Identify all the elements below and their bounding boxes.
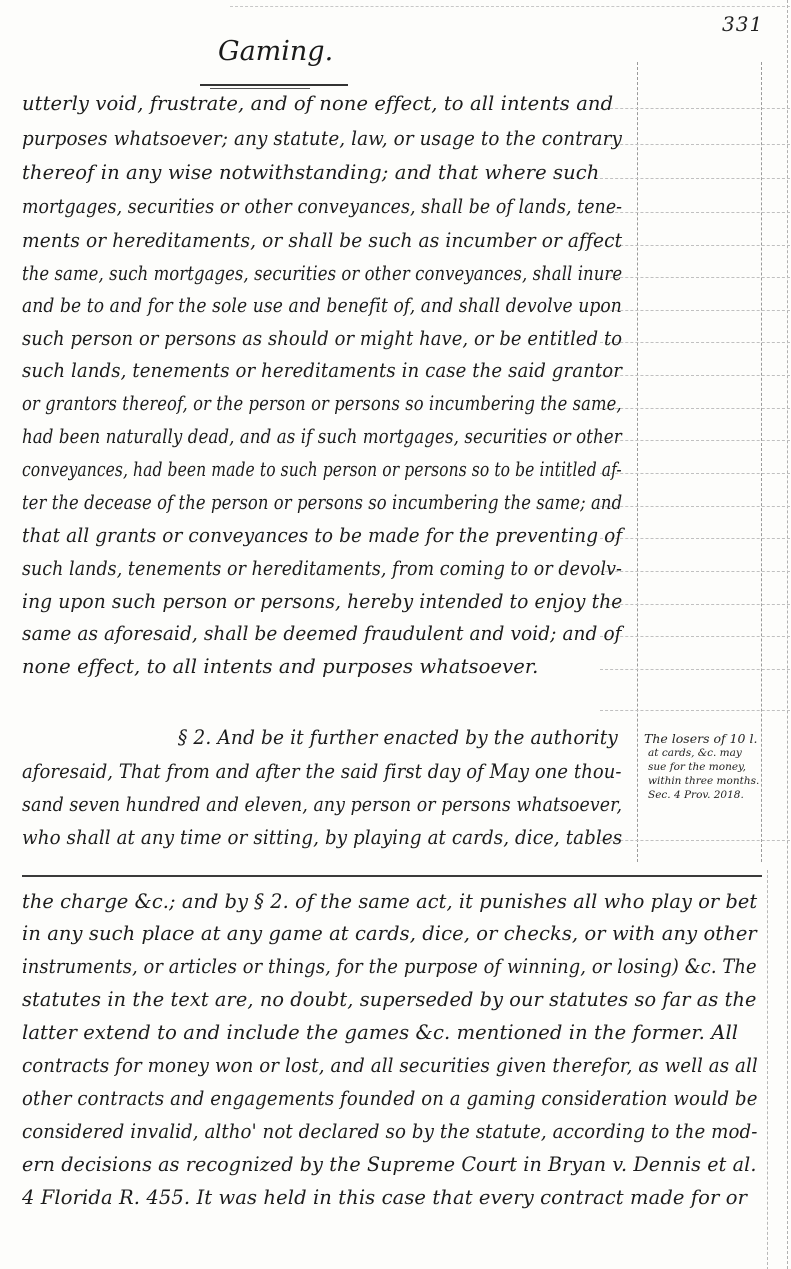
margin-ruling (600, 310, 790, 311)
page-heading: Gaming. (218, 36, 333, 67)
footnote-line: statutes in the text are, no doubt, supe… (22, 988, 757, 1011)
margin-note-line: Sec. 4 Prov. 2018. (648, 788, 788, 802)
footnote-line: considered invalid, altho' not declared … (22, 1120, 758, 1143)
margin-ruling (600, 604, 790, 605)
margin-column-left-rule (637, 62, 638, 862)
footnote-divider (22, 875, 762, 877)
text-line: such lands, tenements or hereditaments i… (22, 359, 622, 382)
margin-ruling (600, 840, 790, 841)
margin-ruling (600, 178, 790, 179)
text-line: none effect, to all intents and purposes… (22, 655, 538, 678)
manuscript-page: 331 Gaming. utterly void, frustrate, and… (0, 0, 791, 1269)
text-line: purposes whatsoever; any statute, law, o… (22, 127, 622, 150)
margin-ruling (600, 440, 790, 441)
margin-ruling (600, 710, 790, 711)
margin-note-line: at cards, &c. may (648, 746, 788, 760)
text-line: such lands, tenements or hereditaments, … (22, 557, 622, 580)
margin-ruling (600, 144, 790, 145)
top-ruling-line (230, 6, 790, 7)
margin-ruling (600, 212, 790, 213)
section-heading-line: § 2. And be it further enacted by the au… (178, 726, 618, 749)
margin-note: The losers of 10 l. at cards, &c. may su… (648, 732, 788, 802)
footnote-line: other contracts and engagements founded … (22, 1087, 757, 1110)
footnote-line: latter extend to and include the games &… (22, 1021, 738, 1044)
text-line: and be to and for the sole use and benef… (22, 294, 622, 317)
page-number: 331 (722, 12, 763, 36)
margin-ruling (600, 669, 790, 670)
text-line: who shall at any time or sitting, by pla… (22, 826, 622, 849)
text-line: sand seven hundred and eleven, any perso… (22, 793, 622, 816)
margin-ruling (600, 473, 790, 474)
footnote-line: instruments, or articles or things, for … (22, 955, 757, 978)
text-line: aforesaid, That from and after the said … (22, 760, 622, 783)
heading-underline (200, 84, 348, 86)
text-line: that all grants or conveyances to be mad… (22, 524, 622, 547)
text-line: thereof in any wise notwithstanding; and… (22, 161, 599, 184)
text-line: mortgages, securities or other conveyanc… (22, 195, 622, 218)
margin-ruling (600, 342, 790, 343)
margin-ruling (600, 571, 790, 572)
footnote-line: the charge &c.; and by § 2. of the same … (22, 890, 757, 913)
footnote-line: ern decisions as recognized by the Supre… (22, 1153, 757, 1176)
text-line: ing upon such person or persons, hereby … (22, 590, 622, 613)
margin-ruling (600, 375, 790, 376)
margin-ruling (600, 245, 790, 246)
text-line: same as aforesaid, shall be deemed fraud… (22, 622, 622, 645)
margin-note-line: within three months. (648, 774, 788, 788)
footnote-line: 4 Florida R. 455. It was held in this ca… (22, 1186, 747, 1209)
text-line: utterly void, frustrate, and of none eff… (22, 92, 613, 115)
footnote-line: in any such place at any game at cards, … (22, 922, 757, 945)
margin-note-line: The losers of 10 l. (644, 732, 788, 746)
text-line: conveyances, had been made to such perso… (22, 458, 622, 481)
margin-ruling (600, 506, 790, 507)
margin-ruling (600, 277, 790, 278)
margin-ruling (600, 538, 790, 539)
text-line: had been naturally dead, and as if such … (22, 425, 622, 448)
text-line: or grantors thereof, or the person or pe… (22, 392, 622, 415)
margin-note-line: sue for the money, (648, 760, 788, 774)
text-line: ter the decease of the person or persons… (22, 491, 622, 514)
footnote-line: contracts for money won or lost, and all… (22, 1054, 758, 1077)
margin-ruling (600, 108, 790, 109)
text-line: ments or hereditaments, or shall be such… (22, 229, 622, 252)
page-edge-rule (787, 0, 788, 1269)
lower-margin-rule (767, 870, 768, 1269)
text-line: the same, such mortgages, securities or … (22, 262, 622, 285)
margin-ruling (600, 636, 790, 637)
margin-ruling (600, 408, 790, 409)
text-line: such person or persons as should or migh… (22, 327, 622, 350)
heading-underline-second (210, 88, 310, 89)
